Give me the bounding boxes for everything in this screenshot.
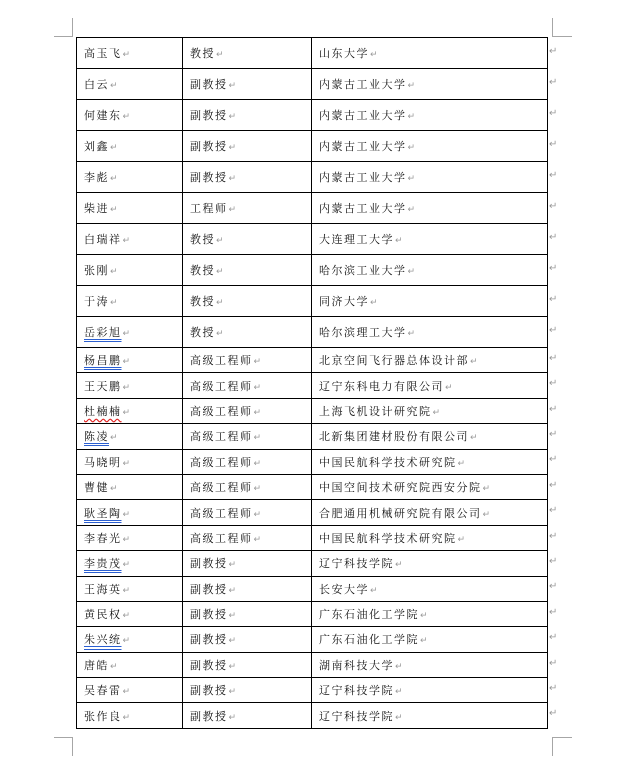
org-text: 辽宁科技学院 xyxy=(319,557,394,570)
row-end-mark-icon: ↵ xyxy=(549,77,557,88)
paragraph-mark-icon: ↵ xyxy=(370,586,378,596)
table-row: 杨昌鹏↵高级工程师↵北京空间飞行器总体设计部↵ xyxy=(77,348,548,373)
cell-org[interactable]: 北新集团建材股份有限公司↵ xyxy=(312,424,548,449)
paragraph-mark-icon: ↵ xyxy=(254,484,262,494)
paragraph-mark-icon: ↵ xyxy=(123,50,131,60)
row-end-mark-icon: ↵ xyxy=(549,556,557,567)
table-row: 高玉飞↵教授↵山东大学↵ xyxy=(77,38,548,69)
row-end-mark-icon: ↵ xyxy=(549,353,557,364)
title-text: 教授 xyxy=(190,47,215,60)
org-text: 广东石油化工学院 xyxy=(319,608,419,621)
cell-name[interactable]: 唐皓↵ xyxy=(77,652,183,677)
paragraph-mark-icon: ↵ xyxy=(433,408,441,418)
cell-org[interactable]: 辽宁科技学院↵ xyxy=(312,551,548,576)
row-end-mark-icon: ↵ xyxy=(549,658,557,669)
org-text: 内蒙古工业大学 xyxy=(319,109,407,122)
row-end-mark-icon: ↵ xyxy=(549,378,557,389)
name-text: 柴进 xyxy=(84,202,109,215)
title-text: 高级工程师 xyxy=(190,354,253,367)
paragraph-mark-icon: ↵ xyxy=(458,459,466,469)
table-row: 张刚↵教授↵哈尔滨工业大学↵ xyxy=(77,255,548,286)
paragraph-mark-icon: ↵ xyxy=(229,713,237,723)
name-text: 李春光 xyxy=(84,532,122,545)
cell-org[interactable]: 哈尔滨理工大学↵ xyxy=(312,317,548,348)
row-end-mark-icon: ↵ xyxy=(549,325,557,336)
page-corner-mark-bottom-left xyxy=(54,737,73,756)
paragraph-mark-icon: ↵ xyxy=(408,329,416,339)
paragraph-mark-icon: ↵ xyxy=(254,408,262,418)
table-row: 唐皓↵副教授↵湖南科技大学↵ xyxy=(77,652,548,677)
cell-org[interactable]: 广东石油化工学院↵ xyxy=(312,601,548,626)
paragraph-mark-icon: ↵ xyxy=(123,535,131,545)
name-text: 王海英 xyxy=(84,583,122,596)
title-text: 副教授 xyxy=(190,608,228,621)
cell-name[interactable]: 李彪↵ xyxy=(77,162,183,193)
row-end-mark-icon: ↵ xyxy=(549,505,557,516)
paragraph-mark-icon: ↵ xyxy=(229,560,237,570)
cell-name[interactable]: 高玉飞↵ xyxy=(77,38,183,69)
paragraph-mark-icon: ↵ xyxy=(445,383,453,393)
cell-name[interactable]: 耿圣陶↵ xyxy=(77,500,183,525)
org-text: 辽宁东科电力有限公司 xyxy=(319,380,444,393)
row-end-mark-icon: ↵ xyxy=(549,170,557,181)
paragraph-mark-icon: ↵ xyxy=(229,174,237,184)
paragraph-mark-icon: ↵ xyxy=(254,459,262,469)
cell-name[interactable]: 杨昌鹏↵ xyxy=(77,348,183,373)
row-end-mark-icon: ↵ xyxy=(549,263,557,274)
cell-title[interactable]: 高级工程师↵ xyxy=(183,449,312,474)
cell-org[interactable]: 中国空间技术研究院西安分院↵ xyxy=(312,474,548,499)
name-text: 高玉飞 xyxy=(84,47,122,60)
cell-title[interactable]: 教授↵ xyxy=(183,38,312,69)
cell-org[interactable]: 湖南科技大学↵ xyxy=(312,652,548,677)
cell-name[interactable]: 何建东↵ xyxy=(77,100,183,131)
cell-org[interactable]: 内蒙古工业大学↵ xyxy=(312,100,548,131)
paragraph-mark-icon: ↵ xyxy=(395,713,403,723)
cell-title[interactable]: 副教授↵ xyxy=(183,627,312,652)
title-text: 高级工程师 xyxy=(190,532,253,545)
cell-title[interactable]: 高级工程师↵ xyxy=(183,500,312,525)
org-text: 内蒙古工业大学 xyxy=(319,140,407,153)
cell-name[interactable]: 黄民权↵ xyxy=(77,601,183,626)
paragraph-mark-icon: ↵ xyxy=(408,143,416,153)
cell-title[interactable]: 教授↵ xyxy=(183,286,312,317)
cell-name[interactable]: 柴进↵ xyxy=(77,193,183,224)
title-text: 副教授 xyxy=(190,633,228,646)
paragraph-mark-icon: ↵ xyxy=(123,636,131,646)
name-text: 吴春雷 xyxy=(84,684,122,697)
paragraph-mark-icon: ↵ xyxy=(229,205,237,215)
name-text: 白云 xyxy=(84,78,109,91)
name-text: 陈凌 xyxy=(84,430,109,443)
cell-org[interactable]: 辽宁科技学院↵ xyxy=(312,703,548,728)
cell-name[interactable]: 白瑞祥↵ xyxy=(77,224,183,255)
title-text: 副教授 xyxy=(190,684,228,697)
cell-name[interactable]: 于涛↵ xyxy=(77,286,183,317)
paragraph-mark-icon: ↵ xyxy=(408,81,416,91)
paragraph-mark-icon: ↵ xyxy=(254,433,262,443)
title-text: 教授 xyxy=(190,295,215,308)
name-text: 王天鹏 xyxy=(84,380,122,393)
paragraph-mark-icon: ↵ xyxy=(123,357,131,367)
table-row: 李贵茂↵副教授↵辽宁科技学院↵ xyxy=(77,551,548,576)
paragraph-mark-icon: ↵ xyxy=(123,510,131,520)
org-text: 中国民航科学技术研究院 xyxy=(319,532,457,545)
row-end-mark-icon: ↵ xyxy=(549,632,557,643)
row-end-mark-icon: ↵ xyxy=(549,201,557,212)
table-row: 于涛↵教授↵同济大学↵ xyxy=(77,286,548,317)
cell-org[interactable]: 内蒙古工业大学↵ xyxy=(312,69,548,100)
page-corner-mark-bottom-right xyxy=(552,737,572,756)
cell-title[interactable]: 副教授↵ xyxy=(183,703,312,728)
title-text: 教授 xyxy=(190,233,215,246)
cell-org[interactable]: 中国民航科学技术研究院↵ xyxy=(312,525,548,550)
org-text: 湖南科技大学 xyxy=(319,659,394,672)
cell-org[interactable]: 内蒙古工业大学↵ xyxy=(312,193,548,224)
org-text: 同济大学 xyxy=(319,295,369,308)
paragraph-mark-icon: ↵ xyxy=(254,510,262,520)
row-end-mark-icon: ↵ xyxy=(549,607,557,618)
org-text: 长安大学 xyxy=(319,583,369,596)
title-text: 教授 xyxy=(190,264,215,277)
paragraph-mark-icon: ↵ xyxy=(110,205,118,215)
cell-title[interactable]: 高级工程师↵ xyxy=(183,474,312,499)
table-row: 李彪↵副教授↵内蒙古工业大学↵ xyxy=(77,162,548,193)
paragraph-mark-icon: ↵ xyxy=(370,50,378,60)
table-row: 马晓明↵高级工程师↵中国民航科学技术研究院↵ xyxy=(77,449,548,474)
paragraph-mark-icon: ↵ xyxy=(470,433,478,443)
paragraph-mark-icon: ↵ xyxy=(229,611,237,621)
row-end-mark-icon: ↵ xyxy=(549,46,557,57)
row-end-mark-icon: ↵ xyxy=(549,531,557,542)
table-row: 白云↵副教授↵内蒙古工业大学↵ xyxy=(77,69,548,100)
paragraph-mark-icon: ↵ xyxy=(229,662,237,672)
cell-org[interactable]: 合肥通用机械研究院有限公司↵ xyxy=(312,500,548,525)
org-text: 山东大学 xyxy=(319,47,369,60)
name-text: 于涛 xyxy=(84,295,109,308)
name-text: 张刚 xyxy=(84,264,109,277)
table-row: 岳彩旭↵教授↵哈尔滨理工大学↵ xyxy=(77,317,548,348)
table-row: 王海英↵副教授↵长安大学↵ xyxy=(77,576,548,601)
paragraph-mark-icon: ↵ xyxy=(420,636,428,646)
cell-name[interactable]: 张作良↵ xyxy=(77,703,183,728)
org-text: 大连理工大学 xyxy=(319,233,394,246)
paragraph-mark-icon: ↵ xyxy=(229,81,237,91)
table-row: 柴进↵工程师↵内蒙古工业大学↵ xyxy=(77,193,548,224)
paragraph-mark-icon: ↵ xyxy=(420,611,428,621)
paragraph-mark-icon: ↵ xyxy=(254,357,262,367)
table-row: 何建东↵副教授↵内蒙古工业大学↵ xyxy=(77,100,548,131)
paragraph-mark-icon: ↵ xyxy=(458,535,466,545)
row-end-mark-icon: ↵ xyxy=(549,581,557,592)
org-text: 内蒙古工业大学 xyxy=(319,171,407,184)
cell-org[interactable]: 哈尔滨工业大学↵ xyxy=(312,255,548,286)
cell-title[interactable]: 副教授↵ xyxy=(183,652,312,677)
cell-title[interactable]: 教授↵ xyxy=(183,224,312,255)
paragraph-mark-icon: ↵ xyxy=(229,143,237,153)
cell-name[interactable]: 王天鹏↵ xyxy=(77,373,183,398)
name-text: 何建东 xyxy=(84,109,122,122)
title-text: 副教授 xyxy=(190,557,228,570)
table-row: 黄民权↵副教授↵广东石油化工学院↵ xyxy=(77,601,548,626)
paragraph-mark-icon: ↵ xyxy=(216,267,224,277)
cell-name[interactable]: 吴春雷↵ xyxy=(77,678,183,703)
org-text: 北京空间飞行器总体设计部 xyxy=(319,354,469,367)
cell-name[interactable]: 朱兴统↵ xyxy=(77,627,183,652)
org-text: 广东石油化工学院 xyxy=(319,633,419,646)
paragraph-mark-icon: ↵ xyxy=(395,236,403,246)
row-end-mark-icon: ↵ xyxy=(549,708,557,719)
title-text: 副教授 xyxy=(190,583,228,596)
paragraph-mark-icon: ↵ xyxy=(408,174,416,184)
title-text: 副教授 xyxy=(190,171,228,184)
row-end-mark-icon: ↵ xyxy=(549,454,557,465)
row-end-mark-icon: ↵ xyxy=(549,232,557,243)
paragraph-mark-icon: ↵ xyxy=(395,687,403,697)
row-end-mark-icon: ↵ xyxy=(549,108,557,119)
org-text: 中国民航科学技术研究院 xyxy=(319,456,457,469)
name-text: 耿圣陶 xyxy=(84,507,122,520)
paragraph-mark-icon: ↵ xyxy=(110,433,118,443)
page-corner-mark-top-right xyxy=(552,18,572,37)
cell-name[interactable]: 刘鑫↵ xyxy=(77,131,183,162)
cell-title[interactable]: 副教授↵ xyxy=(183,551,312,576)
cell-title[interactable]: 高级工程师↵ xyxy=(183,525,312,550)
cell-title[interactable]: 高级工程师↵ xyxy=(183,398,312,423)
name-text: 杨昌鹏 xyxy=(84,354,122,367)
paragraph-mark-icon: ↵ xyxy=(216,50,224,60)
title-text: 副教授 xyxy=(190,710,228,723)
paragraph-mark-icon: ↵ xyxy=(123,560,131,570)
cell-name[interactable]: 李春光↵ xyxy=(77,525,183,550)
org-text: 内蒙古工业大学 xyxy=(319,202,407,215)
paragraph-mark-icon: ↵ xyxy=(123,408,131,418)
org-text: 哈尔滨理工大学 xyxy=(319,326,407,339)
paragraph-mark-icon: ↵ xyxy=(123,586,131,596)
cell-title[interactable]: 副教授↵ xyxy=(183,131,312,162)
cell-name[interactable]: 曹健↵ xyxy=(77,474,183,499)
table-row: 杜楠楠↵高级工程师↵上海飞机设计研究院↵ xyxy=(77,398,548,423)
paragraph-mark-icon: ↵ xyxy=(254,383,262,393)
paragraph-mark-icon: ↵ xyxy=(483,510,491,520)
title-text: 副教授 xyxy=(190,109,228,122)
paragraph-mark-icon: ↵ xyxy=(123,713,131,723)
cell-name[interactable]: 张刚↵ xyxy=(77,255,183,286)
row-end-mark-icon: ↵ xyxy=(549,294,557,305)
paragraph-mark-icon: ↵ xyxy=(216,329,224,339)
cell-org[interactable]: 广东石油化工学院↵ xyxy=(312,627,548,652)
paragraph-mark-icon: ↵ xyxy=(254,535,262,545)
table-row: 刘鑫↵副教授↵内蒙古工业大学↵ xyxy=(77,131,548,162)
paragraph-mark-icon: ↵ xyxy=(110,662,118,672)
paragraph-mark-icon: ↵ xyxy=(110,298,118,308)
cell-org[interactable]: 内蒙古工业大学↵ xyxy=(312,131,548,162)
paragraph-mark-icon: ↵ xyxy=(216,298,224,308)
paragraph-mark-icon: ↵ xyxy=(123,112,131,122)
org-text: 辽宁科技学院 xyxy=(319,710,394,723)
name-text: 黄民权 xyxy=(84,608,122,621)
paragraph-mark-icon: ↵ xyxy=(110,81,118,91)
row-end-mark-icon: ↵ xyxy=(549,404,557,415)
title-text: 高级工程师 xyxy=(190,405,253,418)
org-text: 哈尔滨工业大学 xyxy=(319,264,407,277)
cell-title[interactable]: 副教授↵ xyxy=(183,69,312,100)
paragraph-mark-icon: ↵ xyxy=(229,586,237,596)
name-text: 白瑞祥 xyxy=(84,233,122,246)
cell-title[interactable]: 高级工程师↵ xyxy=(183,424,312,449)
name-text: 朱兴统 xyxy=(84,633,122,646)
paragraph-mark-icon: ↵ xyxy=(110,484,118,494)
paragraph-mark-icon: ↵ xyxy=(110,174,118,184)
title-text: 副教授 xyxy=(190,140,228,153)
paragraph-mark-icon: ↵ xyxy=(470,357,478,367)
cell-name[interactable]: 白云↵ xyxy=(77,69,183,100)
cell-org[interactable]: 大连理工大学↵ xyxy=(312,224,548,255)
name-text: 曹健 xyxy=(84,481,109,494)
cell-name[interactable]: 马晓明↵ xyxy=(77,449,183,474)
paragraph-mark-icon: ↵ xyxy=(110,267,118,277)
title-text: 工程师 xyxy=(190,202,228,215)
table-row: 李春光↵高级工程师↵中国民航科学技术研究院↵ xyxy=(77,525,548,550)
paragraph-mark-icon: ↵ xyxy=(395,662,403,672)
org-text: 合肥通用机械研究院有限公司 xyxy=(319,507,482,520)
row-end-mark-icon: ↵ xyxy=(549,683,557,694)
table-row: 曹健↵高级工程师↵中国空间技术研究院西安分院↵ xyxy=(77,474,548,499)
cell-org[interactable]: 长安大学↵ xyxy=(312,576,548,601)
cell-org[interactable]: 北京空间飞行器总体设计部↵ xyxy=(312,348,548,373)
cell-title[interactable]: 副教授↵ xyxy=(183,576,312,601)
cell-title[interactable]: 副教授↵ xyxy=(183,678,312,703)
cell-title[interactable]: 工程师↵ xyxy=(183,193,312,224)
name-text: 李贵茂 xyxy=(84,557,122,570)
row-end-mark-icon: ↵ xyxy=(549,139,557,150)
paragraph-mark-icon: ↵ xyxy=(229,112,237,122)
paragraph-mark-icon: ↵ xyxy=(229,636,237,646)
table-row: 朱兴统↵副教授↵广东石油化工学院↵ xyxy=(77,627,548,652)
paragraph-mark-icon: ↵ xyxy=(408,205,416,215)
paragraph-mark-icon: ↵ xyxy=(483,484,491,494)
cell-org[interactable]: 内蒙古工业大学↵ xyxy=(312,162,548,193)
name-text: 张作良 xyxy=(84,710,122,723)
title-text: 高级工程师 xyxy=(190,456,253,469)
paragraph-mark-icon: ↵ xyxy=(216,236,224,246)
cell-org[interactable]: 上海飞机设计研究院↵ xyxy=(312,398,548,423)
cell-name[interactable]: 李贵茂↵ xyxy=(77,551,183,576)
page-corner-mark-top-left xyxy=(54,18,73,37)
cell-name[interactable]: 王海英↵ xyxy=(77,576,183,601)
cell-org[interactable]: 辽宁科技学院↵ xyxy=(312,678,548,703)
cell-title[interactable]: 副教授↵ xyxy=(183,601,312,626)
paragraph-mark-icon: ↵ xyxy=(123,611,131,621)
paragraph-mark-icon: ↵ xyxy=(395,560,403,570)
paragraph-mark-icon: ↵ xyxy=(123,329,131,339)
cell-name[interactable]: 岳彩旭↵ xyxy=(77,317,183,348)
title-text: 副教授 xyxy=(190,78,228,91)
table-row: 白瑞祥↵教授↵大连理工大学↵ xyxy=(77,224,548,255)
paragraph-mark-icon: ↵ xyxy=(123,687,131,697)
org-text: 北新集团建材股份有限公司 xyxy=(319,430,469,443)
cell-org[interactable]: 同济大学↵ xyxy=(312,286,548,317)
name-text: 岳彩旭 xyxy=(84,326,122,339)
paragraph-mark-icon: ↵ xyxy=(408,267,416,277)
org-text: 辽宁科技学院 xyxy=(319,684,394,697)
name-text: 马晓明 xyxy=(84,456,122,469)
table-row: 耿圣陶↵高级工程师↵合肥通用机械研究院有限公司↵ xyxy=(77,500,548,525)
table-row: 王天鹏↵高级工程师↵辽宁东科电力有限公司↵ xyxy=(77,373,548,398)
title-text: 高级工程师 xyxy=(190,481,253,494)
name-text: 李彪 xyxy=(84,171,109,184)
paragraph-mark-icon: ↵ xyxy=(123,459,131,469)
cell-org[interactable]: 山东大学↵ xyxy=(312,38,548,69)
table-row: 吴春雷↵副教授↵辽宁科技学院↵ xyxy=(77,678,548,703)
cell-title[interactable]: 教授↵ xyxy=(183,317,312,348)
cell-title[interactable]: 副教授↵ xyxy=(183,100,312,131)
title-text: 高级工程师 xyxy=(190,507,253,520)
cell-org[interactable]: 中国民航科学技术研究院↵ xyxy=(312,449,548,474)
cell-title[interactable]: 高级工程师↵ xyxy=(183,373,312,398)
name-text: 杜楠楠 xyxy=(84,405,122,418)
paragraph-mark-icon: ↵ xyxy=(110,143,118,153)
paragraph-mark-icon: ↵ xyxy=(123,236,131,246)
table-row: 陈凌↵高级工程师↵北新集团建材股份有限公司↵ xyxy=(77,424,548,449)
org-text: 中国空间技术研究院西安分院 xyxy=(319,481,482,494)
title-text: 教授 xyxy=(190,326,215,339)
row-end-mark-icon: ↵ xyxy=(549,480,557,491)
expert-table: 高玉飞↵教授↵山东大学↵白云↵副教授↵内蒙古工业大学↵何建东↵副教授↵内蒙古工业… xyxy=(76,37,548,729)
name-text: 唐皓 xyxy=(84,659,109,672)
cell-title[interactable]: 副教授↵ xyxy=(183,162,312,193)
cell-title[interactable]: 教授↵ xyxy=(183,255,312,286)
row-end-mark-icon: ↵ xyxy=(549,429,557,440)
cell-name[interactable]: 杜楠楠↵ xyxy=(77,398,183,423)
title-text: 高级工程师 xyxy=(190,380,253,393)
paragraph-mark-icon: ↵ xyxy=(370,298,378,308)
title-text: 副教授 xyxy=(190,659,228,672)
cell-name[interactable]: 陈凌↵ xyxy=(77,424,183,449)
title-text: 高级工程师 xyxy=(190,430,253,443)
org-text: 上海飞机设计研究院 xyxy=(319,405,432,418)
name-text: 刘鑫 xyxy=(84,140,109,153)
table-row: 张作良↵副教授↵辽宁科技学院↵ xyxy=(77,703,548,728)
paragraph-mark-icon: ↵ xyxy=(408,112,416,122)
paragraph-mark-icon: ↵ xyxy=(123,383,131,393)
paragraph-mark-icon: ↵ xyxy=(229,687,237,697)
cell-title[interactable]: 高级工程师↵ xyxy=(183,348,312,373)
cell-org[interactable]: 辽宁东科电力有限公司↵ xyxy=(312,373,548,398)
org-text: 内蒙古工业大学 xyxy=(319,78,407,91)
